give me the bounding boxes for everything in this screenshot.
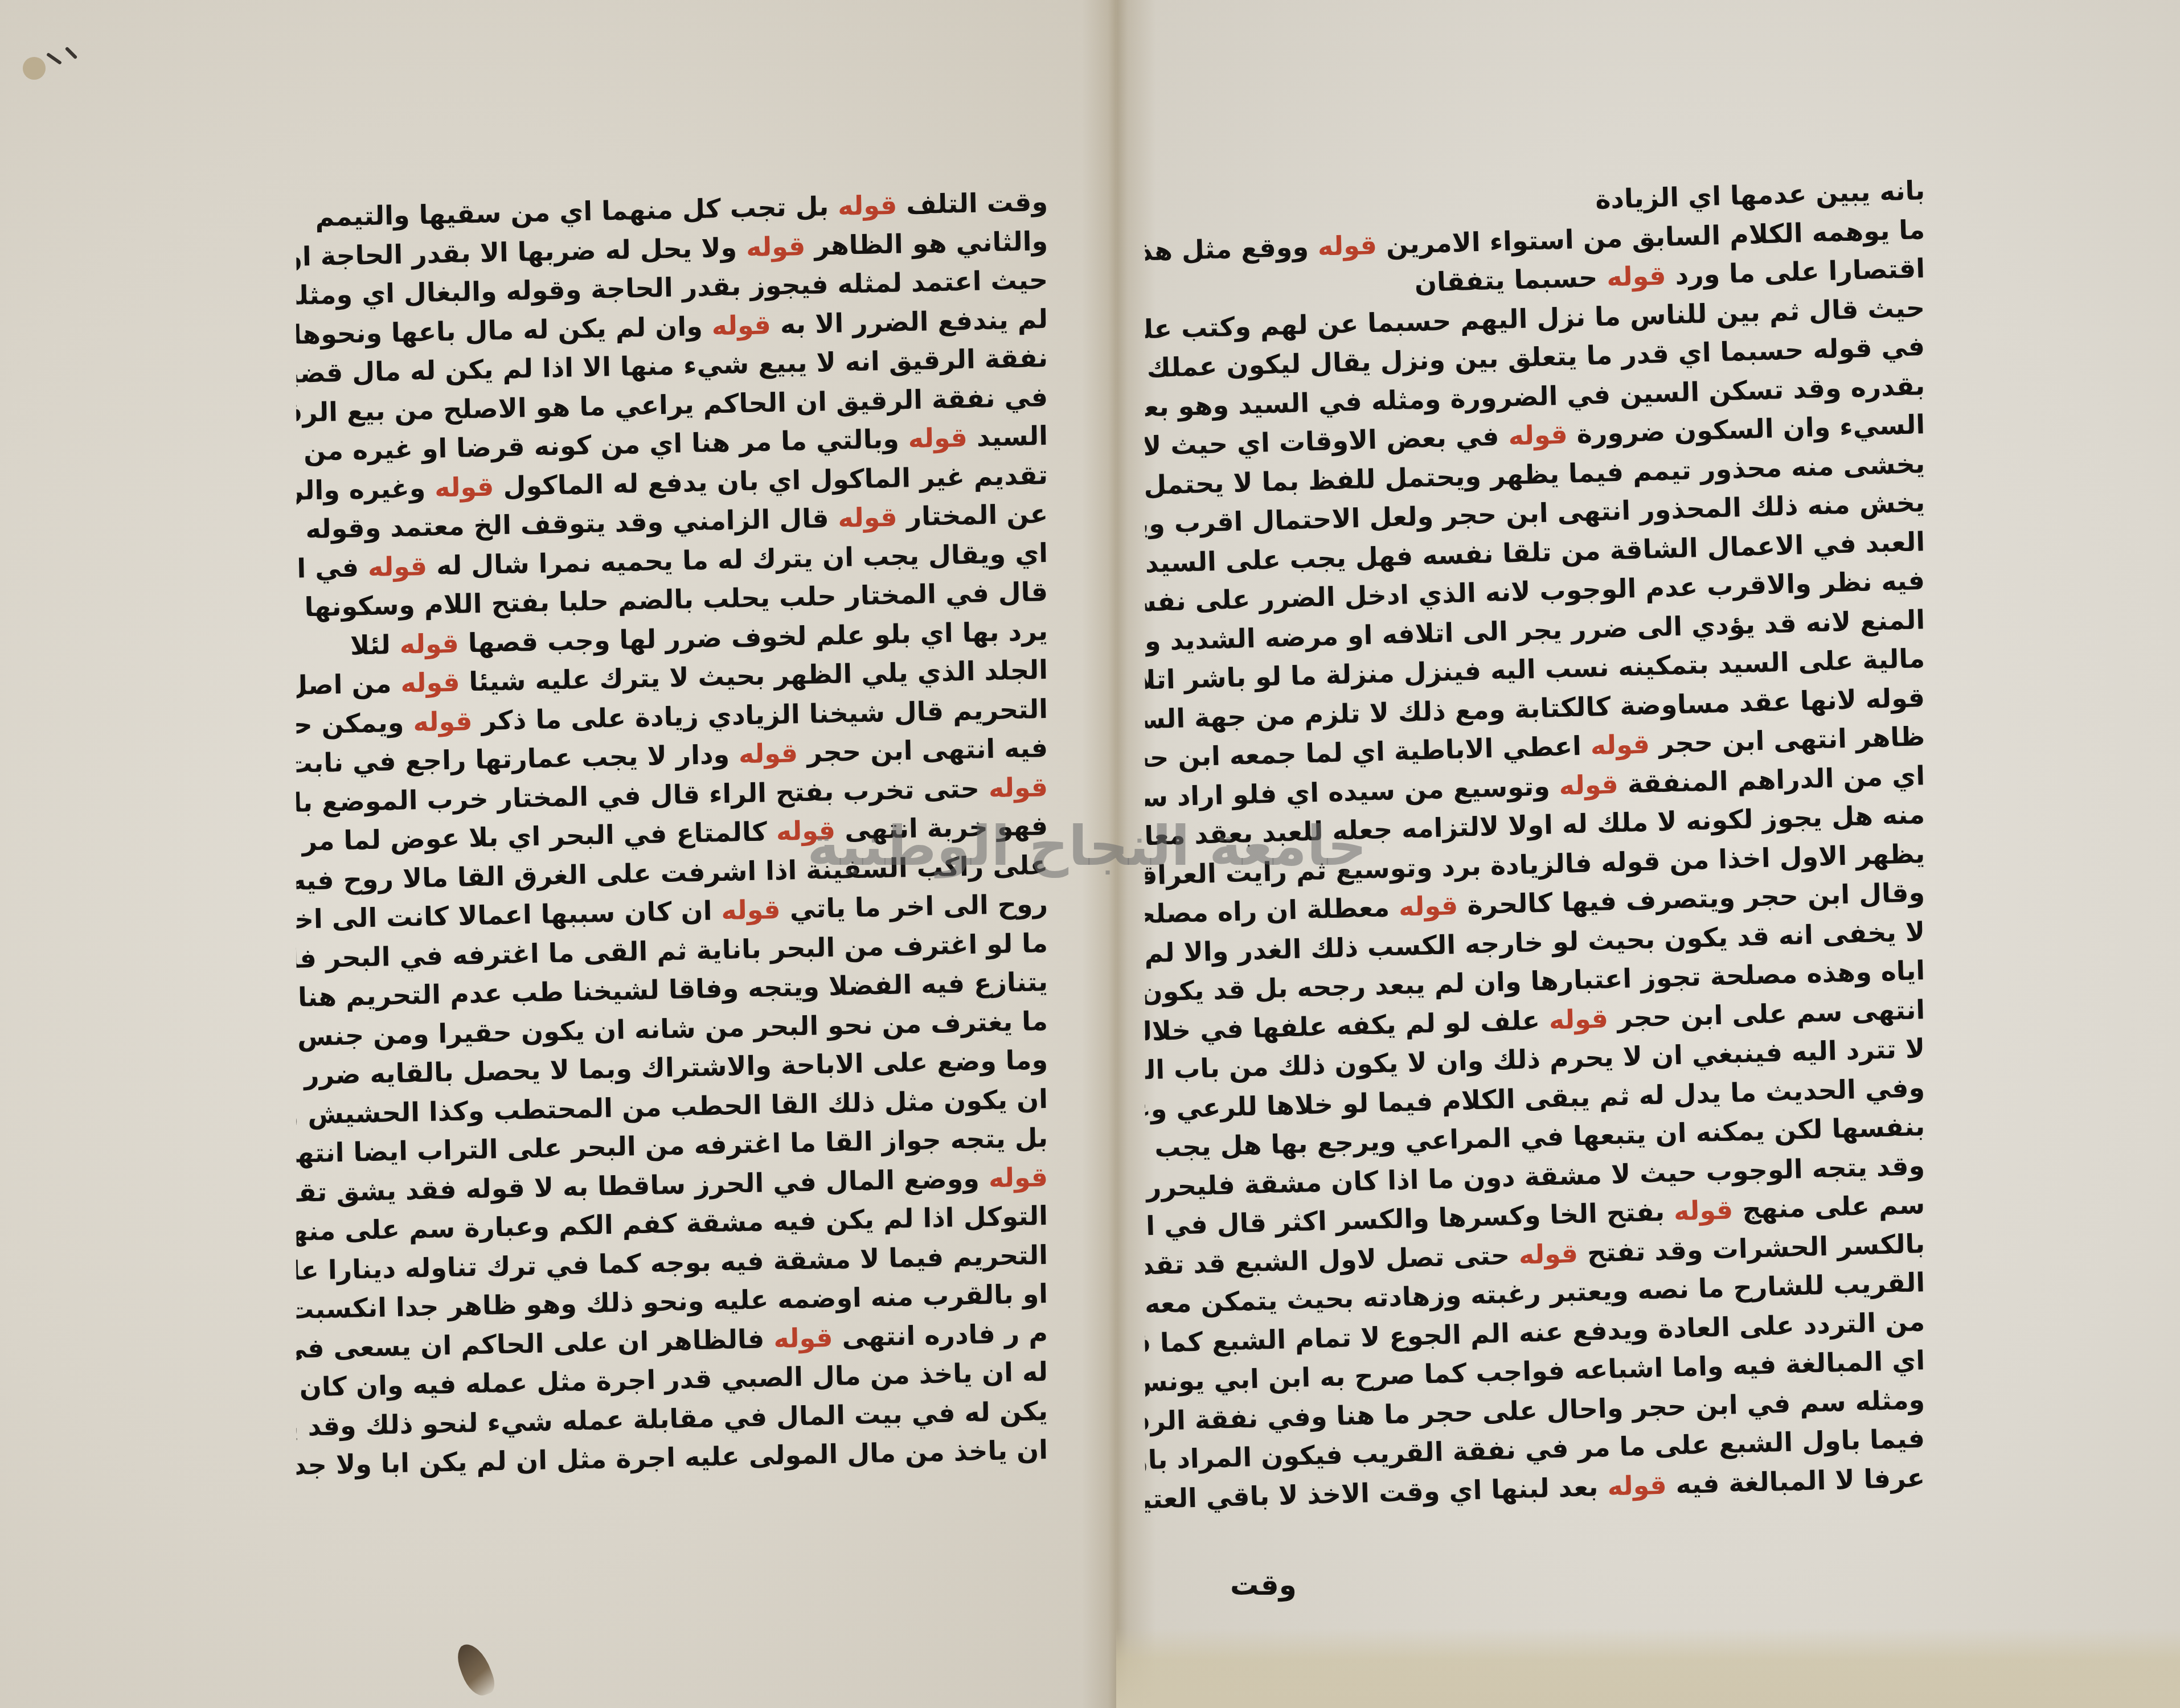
line-text: اقتصارا على ما ورد <box>1666 253 1925 291</box>
rubric-qawluhu: قوله <box>435 471 494 503</box>
rubric-qawluhu: قوله <box>1559 769 1619 801</box>
line-text: وغيره والراجح <box>296 472 435 507</box>
line-text: في الاكثر <box>296 552 368 585</box>
rubric-qawluhu: قوله <box>1673 1194 1734 1226</box>
rubric-qawluhu: قوله <box>711 309 771 341</box>
line-text: سم على منهج <box>1732 1189 1925 1225</box>
rubric-qawluhu: قوله <box>1317 229 1378 261</box>
line-text: السيء وان السكون ضرورة <box>1567 409 1925 450</box>
rubric-qawluhu: قوله <box>367 550 427 582</box>
line-text: عرفا لا المبالغة فيه <box>1666 1462 1925 1500</box>
paper-stain <box>23 57 46 80</box>
rubric-qawluhu: قوله <box>1607 260 1667 293</box>
line-text: السيد <box>967 420 1048 453</box>
line-text: ووقع مثل هذا التركيب في كلام البيضاوي <box>1145 231 1318 270</box>
line-text: ظاهر انتهى ابن حجر <box>1649 721 1925 759</box>
line-text: تقديم غير الماكول اي بان يدفع له الماكول <box>494 459 1048 502</box>
rubric-qawluhu: قوله <box>773 1321 833 1353</box>
rubric-qawluhu: قوله <box>1508 419 1568 451</box>
line-text: بانه يبين عدمها اي الزيادة <box>1595 175 1925 215</box>
line-text: بالكسر الحشرات وقد تفتح <box>1577 1228 1925 1268</box>
line-text: انتهى سم على ابن حجر <box>1608 994 1925 1034</box>
rubric-qawluhu: قوله <box>738 737 798 769</box>
line-text: روح الى اخر ما ياتي <box>780 888 1048 925</box>
line-text: بل تجب كل منهما اي من سقيها والتيمم <box>315 191 838 232</box>
rubric-qawluhu: قوله <box>838 190 898 221</box>
rubric-qawluhu: قوله <box>1518 1238 1579 1270</box>
line-text: فيه انتهى ابن حجر <box>798 732 1048 768</box>
rubric-qawluhu: قوله <box>1548 1003 1609 1035</box>
rubric-qawluhu: قوله <box>908 422 968 454</box>
rubric-qawluhu: قوله <box>988 1161 1048 1193</box>
rubric-qawluhu: قوله <box>399 627 459 659</box>
rubric-qawluhu: قوله <box>721 894 781 926</box>
rubric-qawluhu: قوله <box>413 705 473 737</box>
rubric-qawluhu: قوله <box>400 667 460 699</box>
line-text: لئلا <box>350 629 400 660</box>
line-text: لم يندفع الضرر الا به <box>771 303 1048 340</box>
page-bottom-edge <box>1116 1628 2180 1708</box>
line-text: م ر فادره انتهى <box>833 1317 1048 1353</box>
line-text: ويمكن حملها على كراهة <box>296 707 413 744</box>
rubric-qawluhu: قوله <box>988 771 1048 803</box>
rubric-qawluhu: قوله <box>1398 890 1458 922</box>
manuscript-spread: وقت التلف قوله بل تجب كل منهما اي من سقي… <box>0 0 2180 1708</box>
line-text: اي من الدراهم المنفقة <box>1618 760 1925 799</box>
rubric-qawluhu: قوله <box>1607 1469 1667 1501</box>
rubric-qawluhu: قوله <box>1590 729 1650 761</box>
line-text: من اصل الظهر اي من <box>296 668 401 705</box>
line-text: وقت التلف <box>897 186 1048 220</box>
catchword: وقت <box>1230 1569 1297 1602</box>
rubric-qawluhu: قوله <box>838 502 898 533</box>
line-text: وان لم يكن له مال باعها ونحوها حيث <box>296 310 712 351</box>
line-text: عن المختار <box>897 498 1048 532</box>
rubric-qawluhu: قوله <box>745 230 805 262</box>
line-text: والثاني هو الظاهر <box>805 225 1048 261</box>
library-watermark: جامعة النجاح الوطنية <box>854 814 1367 878</box>
line-text: حسبما يتفقان <box>1414 262 1607 298</box>
